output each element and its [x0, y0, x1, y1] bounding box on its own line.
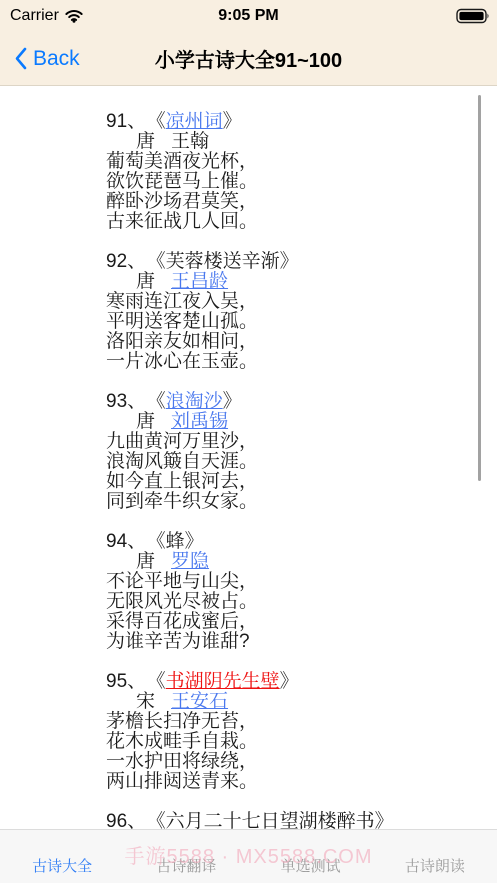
- poem-author: 王翰: [171, 131, 209, 152]
- scrollbar-thumb[interactable]: [478, 95, 481, 481]
- poem-number: 91、: [106, 111, 146, 132]
- poem-title: 蜂: [166, 531, 185, 552]
- poem-line: 同到牵牛织女家。: [106, 492, 477, 512]
- title-bracket-close: 》: [280, 251, 299, 272]
- back-button[interactable]: Back: [10, 32, 84, 85]
- poem-line: 醉卧沙场君莫笑，: [106, 192, 477, 212]
- tab-choice-test[interactable]: 单选测试: [249, 830, 373, 883]
- content-scroll[interactable]: 91、《凉州词》唐王翰葡萄美酒夜光杯，欲饮琵琶马上催。醉卧沙场君莫笑，古来征战几…: [0, 87, 497, 829]
- poem-block: 92、《芙蓉楼送辛渐》唐王昌龄寒雨连江夜入吴，平明送客楚山孤。洛阳亲友如相问，一…: [106, 252, 477, 372]
- poem-dynasty: 唐: [136, 271, 155, 292]
- poem-line: 为谁辛苦为谁甜?: [106, 632, 477, 652]
- poem-line: 平明送客楚山孤。: [106, 312, 477, 332]
- poem-heading: 91、《凉州词》: [106, 112, 477, 132]
- poem-line: 一水护田将绿绕，: [106, 752, 477, 772]
- wifi-icon: [65, 9, 83, 23]
- poem-line: 不论平地与山尖，: [106, 572, 477, 592]
- poem-number: 96、: [106, 811, 146, 829]
- poem-author-line: 宋王安石: [106, 692, 477, 712]
- poem-number: 93、: [106, 391, 146, 412]
- poem-line: 九曲黄河万里沙，: [106, 432, 477, 452]
- title-bracket-close: 》: [223, 391, 242, 412]
- nav-bar: Back 小学古诗大全91~100: [0, 32, 497, 86]
- poem-number: 92、: [106, 251, 146, 272]
- back-chevron-icon: [14, 47, 27, 70]
- status-time: 9:05 PM: [218, 7, 278, 25]
- tab-poem-translation[interactable]: 古诗翻译: [124, 830, 248, 883]
- poem-block: 95、《书湖阴先生壁》宋王安石茅檐长扫净无苔，花木成畦手自栽。一水护田将绿绕，两…: [106, 672, 477, 792]
- poem-line: 如今直上银河去，: [106, 472, 477, 492]
- poem-heading: 94、《蜂》: [106, 532, 477, 552]
- poem-heading: 95、《书湖阴先生壁》: [106, 672, 477, 692]
- poem-line: 采得百花成蜜后，: [106, 612, 477, 632]
- poem-title: 芙蓉楼送辛渐: [166, 251, 280, 272]
- poem-line: 欲饮琵琶马上催。: [106, 172, 477, 192]
- poem-line: 寒雨连江夜入吴，: [106, 292, 477, 312]
- poem-list: 91、《凉州词》唐王翰葡萄美酒夜光杯，欲饮琵琶马上催。醉卧沙场君莫笑，古来征战几…: [0, 87, 497, 829]
- poem-block: 91、《凉州词》唐王翰葡萄美酒夜光杯，欲饮琵琶马上催。醉卧沙场君莫笑，古来征战几…: [106, 112, 477, 232]
- page-title: 小学古诗大全91~100: [155, 44, 342, 73]
- poem-dynasty: 唐: [136, 411, 155, 432]
- title-bracket-close: 》: [280, 671, 299, 692]
- title-bracket-close: 》: [223, 111, 242, 132]
- poem-author-link[interactable]: 王昌龄: [171, 271, 228, 292]
- poem-author-link[interactable]: 王安石: [171, 691, 228, 712]
- poem-line: 浪淘风簸自天涯。: [106, 452, 477, 472]
- poem-title-link[interactable]: 凉州词: [166, 111, 223, 132]
- poem-number: 94、: [106, 531, 146, 552]
- phone-screen: Carrier 9:05 PM Back: [0, 0, 497, 883]
- status-bar: Carrier 9:05 PM: [0, 0, 497, 32]
- poem-line: 一片冰心在玉壶。: [106, 352, 477, 372]
- tab-bar: 古诗大全古诗翻译单选测试古诗朗读: [0, 829, 497, 883]
- tab-poem-collection[interactable]: 古诗大全: [0, 830, 124, 883]
- poem-author-line: 唐王昌龄: [106, 272, 477, 292]
- poem-line: 洛阳亲友如相问，: [106, 332, 477, 352]
- poem-author-link[interactable]: 罗隐: [171, 551, 209, 572]
- title-bracket-open: 《: [156, 251, 166, 272]
- poem-block: 96、《六月二十七日望湖楼醉书》: [106, 812, 477, 829]
- poem-title-link[interactable]: 浪淘沙: [166, 391, 223, 412]
- poem-block: 94、《蜂》唐罗隐不论平地与山尖，无限风光尽被占。采得百花成蜜后，为谁辛苦为谁甜…: [106, 532, 477, 652]
- title-bracket-open: 《: [156, 531, 166, 552]
- poem-heading: 92、《芙蓉楼送辛渐》: [106, 252, 477, 272]
- poem-line: 葡萄美酒夜光杯，: [106, 152, 477, 172]
- poem-author-line: 唐王翰: [106, 132, 477, 152]
- poem-number: 95、: [106, 671, 146, 692]
- poem-line: 无限风光尽被占。: [106, 592, 477, 612]
- poem-heading: 93、《浪淘沙》: [106, 392, 477, 412]
- poem-author-line: 唐刘禹锡: [106, 412, 477, 432]
- carrier-label: Carrier: [10, 7, 59, 25]
- title-bracket-open: 《: [156, 391, 166, 412]
- poem-line: 茅檐长扫净无苔，: [106, 712, 477, 732]
- poem-line: 两山排闼送青来。: [106, 772, 477, 792]
- poem-dynasty: 宋: [136, 691, 155, 712]
- tab-poem-reading[interactable]: 古诗朗读: [373, 830, 497, 883]
- poem-line: 花木成畦手自栽。: [106, 732, 477, 752]
- title-bracket-close: 》: [185, 531, 204, 552]
- poem-dynasty: 唐: [136, 131, 155, 152]
- poem-author-line: 唐罗隐: [106, 552, 477, 572]
- title-bracket-open: 《: [156, 671, 166, 692]
- battery-icon: [456, 8, 490, 24]
- poem-title: 六月二十七日望湖楼醉书: [166, 811, 375, 829]
- poem-line: 古来征战几人回。: [106, 212, 477, 232]
- title-bracket-close: 》: [375, 811, 394, 829]
- back-label: Back: [33, 47, 80, 71]
- poem-block: 93、《浪淘沙》唐刘禹锡九曲黄河万里沙，浪淘风簸自天涯。如今直上银河去，同到牵牛…: [106, 392, 477, 512]
- poem-heading: 96、《六月二十七日望湖楼醉书》: [106, 812, 477, 829]
- poem-dynasty: 唐: [136, 551, 155, 572]
- poem-title-link[interactable]: 书湖阴先生壁: [166, 671, 280, 692]
- title-bracket-open: 《: [156, 811, 166, 829]
- title-bracket-open: 《: [156, 111, 166, 132]
- poem-author-link[interactable]: 刘禹锡: [171, 411, 228, 432]
